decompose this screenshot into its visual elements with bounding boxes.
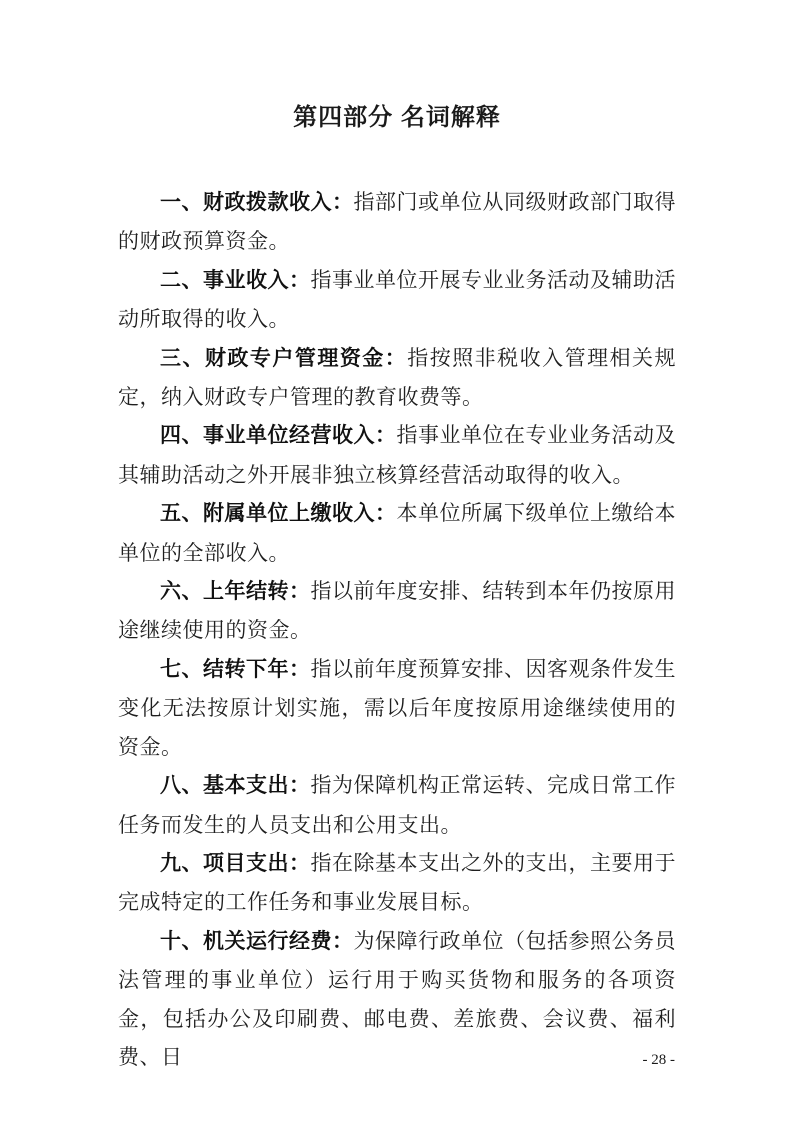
- page-title: 第四部分 名词解释: [118, 98, 676, 138]
- glossary-item-4: 四、事业单位经营收入：指事业单位在专业业务活动及其辅助活动之外开展非独立核算经营…: [118, 416, 676, 494]
- glossary-item-1: 一、财政拨款收入：指部门或单位从同级财政部门取得的财政预算资金。: [118, 183, 676, 261]
- glossary-term-4: 四、事业单位经营收入：: [160, 424, 397, 447]
- glossary-item-7: 七、结转下年：指以前年度预算安排、因客观条件发生变化无法按原计划实施，需以后年度…: [118, 650, 676, 766]
- glossary-item-3: 三、财政专户管理资金：指按照非税收入管理相关规定，纳入财政专户管理的教育收费等。: [118, 339, 676, 417]
- glossary-item-10: 十、机关运行经费：为保障行政单位（包括参照公务员法管理的事业单位）运行用于购买货…: [118, 922, 676, 1077]
- glossary-term-6: 六、上年结转：: [160, 580, 311, 603]
- document-content: 第四部分 名词解释 一、财政拨款收入：指部门或单位从同级财政部门取得的财政预算资…: [0, 0, 793, 1076]
- page-number: - 28 -: [643, 1052, 676, 1069]
- glossary-term-7: 七、结转下年：: [160, 658, 311, 681]
- glossary-item-8: 八、基本支出：指为保障机构正常运转、完成日常工作任务而发生的人员支出和公用支出。: [118, 766, 676, 844]
- glossary-item-6: 六、上年结转：指以前年度安排、结转到本年仍按原用途继续使用的资金。: [118, 572, 676, 650]
- glossary-term-10: 十、机关运行经费：: [160, 930, 354, 953]
- glossary-term-5: 五、附属单位上缴收入：: [160, 502, 397, 525]
- glossary-term-3: 三、财政专户管理资金：: [160, 347, 407, 370]
- document-page: 第四部分 名词解释 一、财政拨款收入：指部门或单位从同级财政部门取得的财政预算资…: [0, 0, 793, 1122]
- glossary-term-8: 八、基本支出：: [160, 774, 311, 797]
- glossary-item-5: 五、附属单位上缴收入：本单位所属下级单位上缴给本单位的全部收入。: [118, 494, 676, 572]
- glossary-term-1: 一、财政拨款收入：: [160, 191, 354, 214]
- glossary-item-9: 九、项目支出：指在除基本支出之外的支出，主要用于完成特定的工作任务和事业发展目标…: [118, 844, 676, 922]
- glossary-item-2: 二、事业收入：指事业单位开展专业业务活动及辅助活动所取得的收入。: [118, 261, 676, 339]
- glossary-term-9: 九、项目支出：: [160, 852, 311, 875]
- glossary-term-2: 二、事业收入：: [160, 269, 311, 292]
